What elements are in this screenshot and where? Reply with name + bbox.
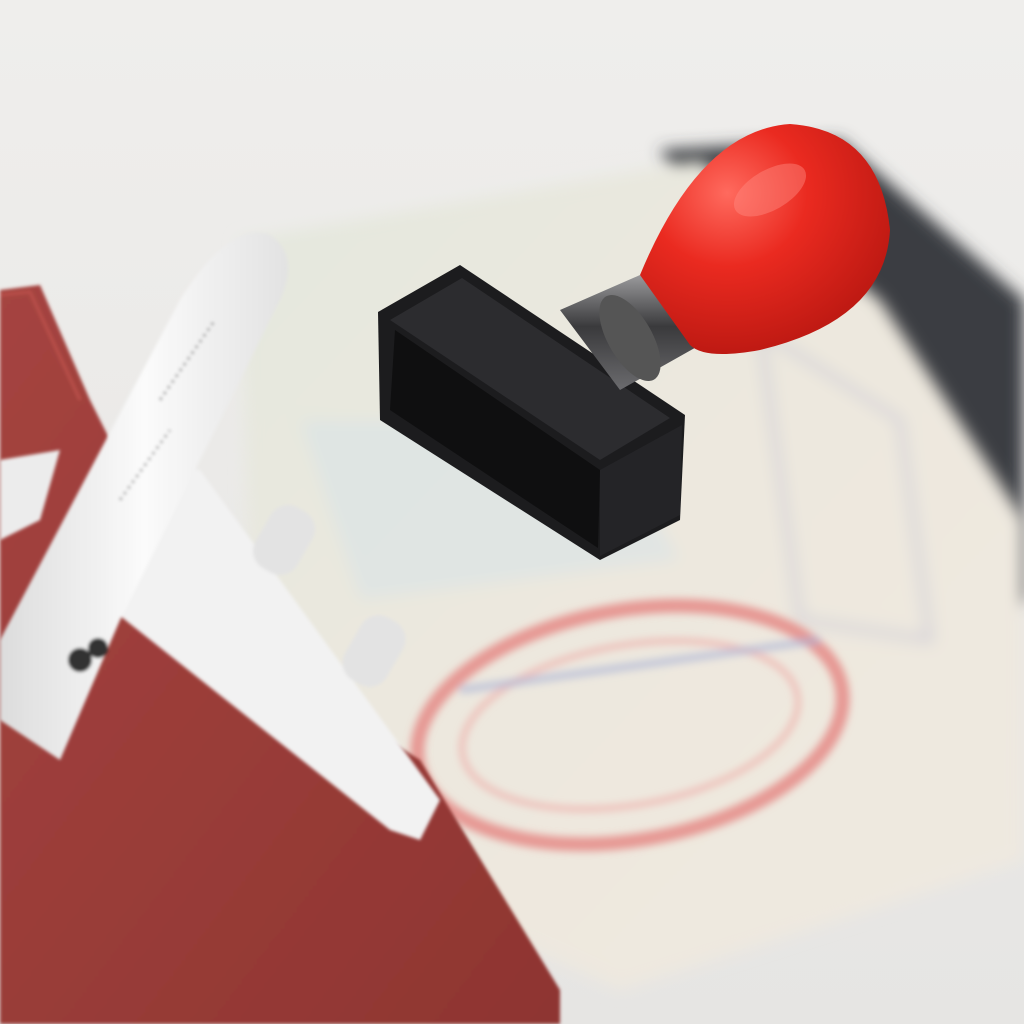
photo-illustration	[0, 0, 1024, 1024]
photo-scene: Toy white airplane on a red passport, wi…	[0, 0, 1024, 1024]
